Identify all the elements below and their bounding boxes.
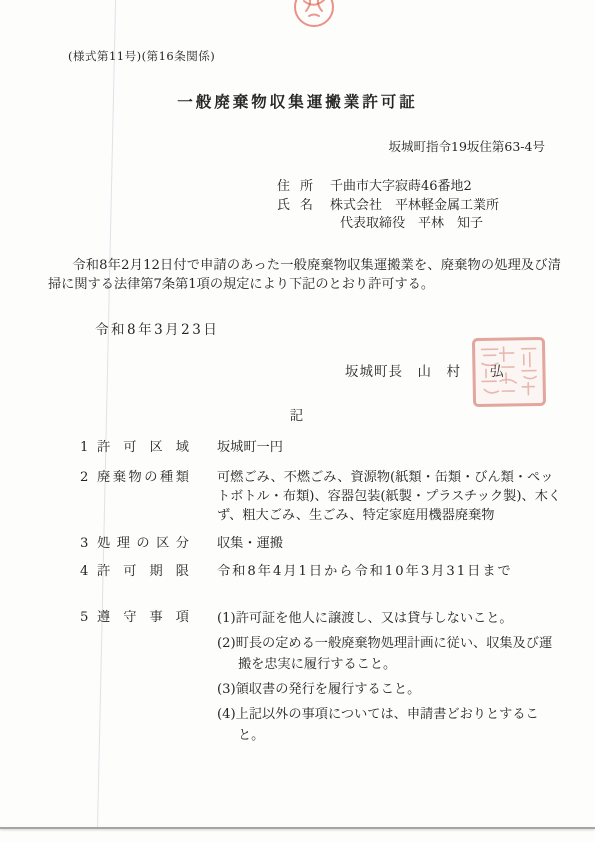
item-row-compliance-rules: 5 遵 守 事 項 (1)許可証を他人に譲渡し、又は貸与しないこと。 (2)町長… xyxy=(80,608,562,750)
item-label: 許 可 区 域 xyxy=(97,438,189,457)
item-row-processing-category: 3 処理の区分 収集・運搬 xyxy=(80,534,562,553)
item-number: 4 xyxy=(80,562,97,581)
item-label: 許 可 期 限 xyxy=(97,562,189,581)
address-label: 住 所 xyxy=(277,178,313,197)
item-row-permit-area: 1 許 可 区 域 坂城町一円 xyxy=(80,438,562,457)
item-value: 収集・運搬 xyxy=(217,534,562,553)
form-number: (様式第11号)(第16条関係) xyxy=(68,48,215,64)
scanned-permit-document: (様式第11号)(第16条関係) 一般廃棄物収集運搬業許可証 坂城町指令19坂住… xyxy=(0,0,595,842)
address-value: 千曲市大字寂蒔46番地2 xyxy=(330,178,472,197)
condition-4: (4)上記以外の事項については、申請書どおりとすること。 xyxy=(217,704,562,746)
items-list: 1 許 可 区 域 坂城町一円 2 廃棄物の種類 可燃ごみ、不燃ごみ、資源物(紙… xyxy=(80,438,562,750)
grant-paragraph: 令和8年2月12日付で申請のあった一般廃棄物収集運搬業を、廃棄物の処理及び清掃に… xyxy=(48,256,561,294)
paper-bottom-edge xyxy=(0,827,595,829)
item-number: 1 xyxy=(80,438,97,457)
item-value: 坂城町一円 xyxy=(217,438,562,457)
issue-date: 令和8年3月23日 xyxy=(95,318,219,338)
name-label: 氏 名 xyxy=(277,197,313,216)
item-label: 廃棄物の種類 xyxy=(97,468,189,487)
item-number: 3 xyxy=(80,534,97,553)
approval-round-stamp-icon xyxy=(294,0,334,27)
item-label: 遵 守 事 項 xyxy=(97,608,189,627)
recipient-block: 住 所 千曲市大字寂蒔46番地2 氏 名 株式会社 平林軽金属工業所 代表取締役… xyxy=(277,178,499,234)
permit-number: 坂城町指令19坂住第63-4号 xyxy=(389,137,546,155)
item-number: 2 xyxy=(80,468,97,487)
item-value: 可燃ごみ、不燃ごみ、資源物(紙類・缶類・びん類・ペットボトル・布類)、容器包装(… xyxy=(217,468,562,525)
item-row-waste-types: 2 廃棄物の種類 可燃ごみ、不燃ごみ、資源物(紙類・缶類・びん類・ペットボトル・… xyxy=(80,468,562,525)
kicker-ki: 記 xyxy=(0,404,595,424)
condition-1: (1)許可証を他人に譲渡し、又は貸与しないこと。 xyxy=(217,608,562,629)
compliance-conditions: (1)許可証を他人に譲渡し、又は貸与しないこと。 (2)町長の定める一般廃棄物処… xyxy=(217,608,562,750)
item-value: 令和8年4月1日から令和10年3月31日まで xyxy=(217,562,562,581)
recipient-name-row: 氏 名 株式会社 平林軽金属工業所 xyxy=(277,197,499,216)
item-label: 処理の区分 xyxy=(97,534,189,553)
mayor-seal-icon xyxy=(471,336,546,407)
condition-3: (3)領収書の発行を履行すること。 xyxy=(217,679,562,700)
condition-2: (2)町長の定める一般廃棄物処理計画に従い、収集及び運搬を忠実に履行すること。 xyxy=(217,633,562,675)
recipient-address-row: 住 所 千曲市大字寂蒔46番地2 xyxy=(277,178,499,197)
page-title: 一般廃棄物収集運搬業許可証 xyxy=(0,90,595,112)
company-value: 株式会社 平林軽金属工業所 xyxy=(330,197,499,216)
representative-value: 代表取締役 平林 知子 xyxy=(277,215,499,234)
item-row-permit-period: 4 許 可 期 限 令和8年4月1日から令和10年3月31日まで xyxy=(80,562,562,581)
item-number: 5 xyxy=(80,608,97,627)
